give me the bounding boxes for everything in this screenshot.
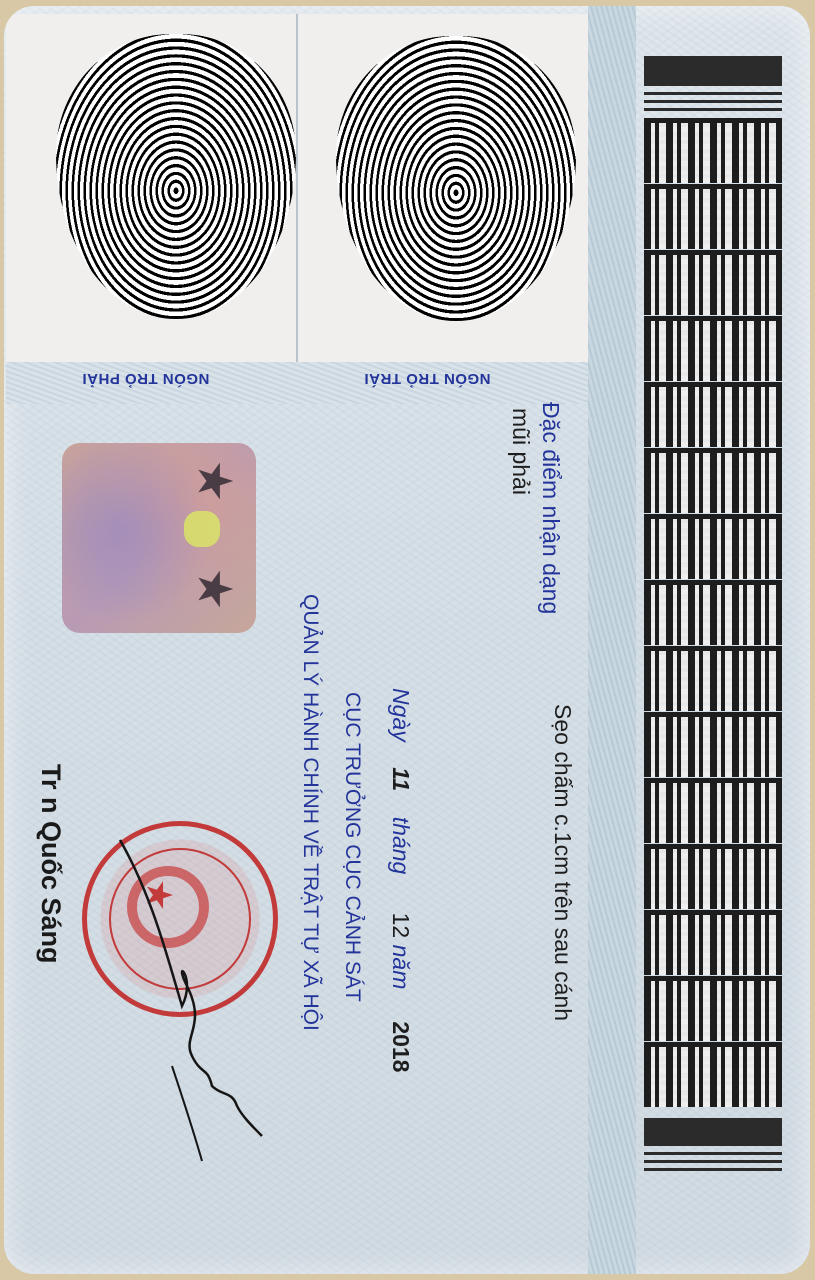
hologram-star-icon: ★ [190,459,238,502]
left-index-label: NGÓN TRỎ TRÁI [364,370,491,387]
identifying-features-label: Đặc điểm nhận dạng [537,402,564,614]
identifying-features-value-line2: mũi phải [507,408,534,495]
right-index-fingerprint [56,34,296,319]
hologram-star-icon: ★ [190,567,238,610]
issuer-title-line1: CỤC TRƯỞNG CỤC CẢNH SÁT [340,692,364,1002]
id-card-back: NGÓN TRỎ PHẢI NGÓN TRỎ TRÁI Đặc điểm nhậ… [4,6,810,1274]
fingerprint-zone [6,14,588,362]
hologram-flower-icon [184,511,220,547]
left-index-fingerprint [336,36,576,321]
right-index-label: NGÓN TRỎ PHẢI [82,370,209,387]
issue-date: Ngày 11 tháng 12 năm 2018 [387,688,414,1072]
signature [112,836,272,1166]
issue-month: 12 [388,913,414,939]
signer-name: Tr n Quốc Sáng [35,764,66,964]
issue-year: 2018 [388,1021,414,1072]
day-label: Ngày [388,688,414,742]
issuer-title-line2: QUẢN LÝ HÀNH CHÍNH VỀ TRẬT TỰ XÃ HỘI [298,594,322,1031]
issue-day: 11 [388,767,414,791]
machine-readable-barcode [644,56,782,1196]
fingerprint-divider [296,14,298,362]
security-hologram: ★ ★ [62,443,256,633]
year-label: năm [388,945,414,990]
security-band [588,6,636,1274]
month-label: tháng [388,817,414,875]
identifying-features-value-line1: Sẹo chấm c.1cm trên sau cánh [549,704,576,1021]
